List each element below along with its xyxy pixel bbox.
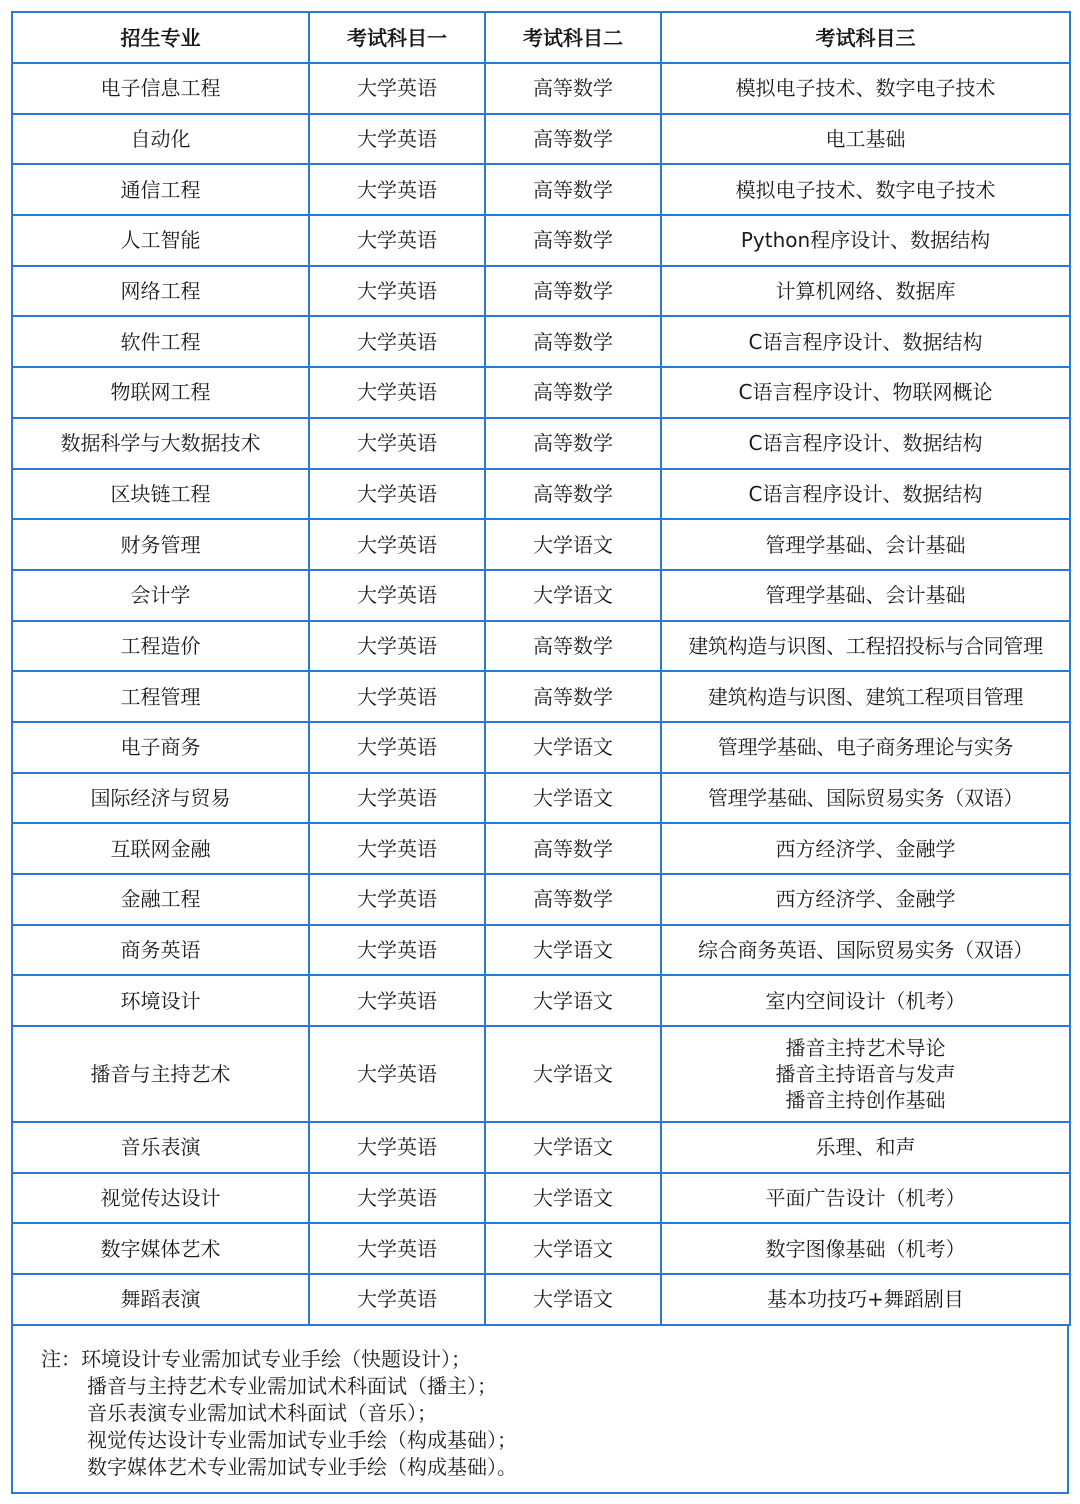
subject-1-cell: 大学英语 (309, 925, 485, 976)
subject-3-cell: 模拟电子技术、数字电子技术 (661, 63, 1070, 114)
table-row: 财务管理大学英语大学语文管理学基础、会计基础 (12, 519, 1070, 570)
header-subject-2: 考试科目二 (485, 12, 661, 63)
major-cell: 工程管理 (12, 671, 309, 722)
table-row: 视觉传达设计大学英语大学语文平面广告设计（机考） (12, 1173, 1070, 1224)
subject-1-cell: 大学英语 (309, 671, 485, 722)
major-cell: 电子信息工程 (12, 63, 309, 114)
table-row: 人工智能大学英语高等数学Python程序设计、数据结构 (12, 215, 1070, 266)
subject-3-cell: 平面广告设计（机考） (661, 1173, 1070, 1224)
major-cell: 互联网金融 (12, 823, 309, 874)
major-cell: 数字媒体艺术 (12, 1223, 309, 1274)
subject-1-cell: 大学英语 (309, 164, 485, 215)
subject-3-cell: 管理学基础、会计基础 (661, 519, 1070, 570)
subject-1-cell: 大学英语 (309, 1223, 485, 1274)
header-subject-1: 考试科目一 (309, 12, 485, 63)
subject-1-cell: 大学英语 (309, 1122, 485, 1173)
table-row: 会计学大学英语大学语文管理学基础、会计基础 (12, 570, 1070, 621)
exam-subjects-table: 招生专业 考试科目一 考试科目二 考试科目三 电子信息工程大学英语高等数学模拟电… (11, 11, 1071, 1326)
subject-3-cell: 建筑构造与识图、建筑工程项目管理 (661, 671, 1070, 722)
table-row: 商务英语大学英语大学语文综合商务英语、国际贸易实务（双语） (12, 925, 1070, 976)
note-line: 视觉传达设计专业需加试专业手绘（构成基础）； (41, 1427, 1067, 1454)
header-subject-3: 考试科目三 (661, 12, 1070, 63)
table-row: 工程管理大学英语高等数学建筑构造与识图、建筑工程项目管理 (12, 671, 1070, 722)
subject-1-cell: 大学英语 (309, 1026, 485, 1122)
subject-2-cell: 大学语文 (485, 570, 661, 621)
major-cell: 金融工程 (12, 874, 309, 925)
subject-3-cell: 建筑构造与识图、工程招投标与合同管理 (661, 621, 1070, 672)
subject-2-cell: 高等数学 (485, 114, 661, 165)
table-row: 软件工程大学英语高等数学C语言程序设计、数据结构 (12, 316, 1070, 367)
subject-1-cell: 大学英语 (309, 1274, 485, 1325)
table-row: 工程造价大学英语高等数学建筑构造与识图、工程招投标与合同管理 (12, 621, 1070, 672)
table-header-row: 招生专业 考试科目一 考试科目二 考试科目三 (12, 12, 1070, 63)
subject-2-cell: 高等数学 (485, 469, 661, 520)
subject-3-cell: 模拟电子技术、数字电子技术 (661, 164, 1070, 215)
subject-2-cell: 高等数学 (485, 266, 661, 317)
subject-1-cell: 大学英语 (309, 367, 485, 418)
subject-1-cell: 大学英语 (309, 519, 485, 570)
note-line: 音乐表演专业需加试术科面试（音乐）； (41, 1400, 1067, 1427)
subject-2-cell: 大学语文 (485, 1026, 661, 1122)
subject-1-cell: 大学英语 (309, 773, 485, 824)
note-line: 播音与主持艺术专业需加试术科面试（播主）； (41, 1373, 1067, 1400)
header-major: 招生专业 (12, 12, 309, 63)
subject-1-cell: 大学英语 (309, 469, 485, 520)
subject-2-cell: 高等数学 (485, 316, 661, 367)
subject-3-line: 播音主持艺术导论 (662, 1035, 1069, 1061)
subject-1-cell: 大学英语 (309, 1173, 485, 1224)
subject-1-cell: 大学英语 (309, 722, 485, 773)
subject-2-cell: 高等数学 (485, 874, 661, 925)
subject-1-cell: 大学英语 (309, 215, 485, 266)
subject-2-cell: 高等数学 (485, 418, 661, 469)
major-cell: 物联网工程 (12, 367, 309, 418)
table-row: 环境设计大学英语大学语文室内空间设计（机考） (12, 975, 1070, 1026)
major-cell: 会计学 (12, 570, 309, 621)
subject-3-cell: 乐理、和声 (661, 1122, 1070, 1173)
major-cell: 商务英语 (12, 925, 309, 976)
subject-2-cell: 大学语文 (485, 1173, 661, 1224)
subject-3-cell: 管理学基础、电子商务理论与实务 (661, 722, 1070, 773)
table-row: 通信工程大学英语高等数学模拟电子技术、数字电子技术 (12, 164, 1070, 215)
notes-box: 注：环境设计专业需加试专业手绘（快题设计）； 播音与主持艺术专业需加试术科面试（… (11, 1326, 1069, 1494)
major-cell: 播音与主持艺术 (12, 1026, 309, 1122)
note-line: 注：环境设计专业需加试专业手绘（快题设计）； (41, 1346, 1067, 1373)
major-cell: 视觉传达设计 (12, 1173, 309, 1224)
subject-2-cell: 大学语文 (485, 773, 661, 824)
subject-3-cell: 西方经济学、金融学 (661, 823, 1070, 874)
major-cell: 软件工程 (12, 316, 309, 367)
subject-3-cell: 西方经济学、金融学 (661, 874, 1070, 925)
subject-1-cell: 大学英语 (309, 975, 485, 1026)
major-cell: 环境设计 (12, 975, 309, 1026)
subject-3-cell: C语言程序设计、数据结构 (661, 316, 1070, 367)
subject-2-cell: 高等数学 (485, 215, 661, 266)
subject-3-cell: C语言程序设计、物联网概论 (661, 367, 1070, 418)
major-cell: 网络工程 (12, 266, 309, 317)
major-cell: 自动化 (12, 114, 309, 165)
subject-2-cell: 高等数学 (485, 671, 661, 722)
subject-2-cell: 大学语文 (485, 1122, 661, 1173)
major-cell: 财务管理 (12, 519, 309, 570)
subject-2-cell: 大学语文 (485, 1274, 661, 1325)
table-row: 舞蹈表演大学英语大学语文基本功技巧+舞蹈剧目 (12, 1274, 1070, 1325)
subject-1-cell: 大学英语 (309, 114, 485, 165)
subject-1-cell: 大学英语 (309, 266, 485, 317)
subject-1-cell: 大学英语 (309, 316, 485, 367)
table-row: 数据科学与大数据技术大学英语高等数学C语言程序设计、数据结构 (12, 418, 1070, 469)
subject-3-cell: 管理学基础、国际贸易实务（双语） (661, 773, 1070, 824)
subject-2-cell: 高等数学 (485, 164, 661, 215)
subject-3-cell: 电工基础 (661, 114, 1070, 165)
subject-3-line: 播音主持语音与发声 (662, 1061, 1069, 1087)
subject-3-cell: 综合商务英语、国际贸易实务（双语） (661, 925, 1070, 976)
major-cell: 音乐表演 (12, 1122, 309, 1173)
subject-3-cell: Python程序设计、数据结构 (661, 215, 1070, 266)
note-line: 数字媒体艺术专业需加试专业手绘（构成基础）。 (41, 1454, 1067, 1481)
subject-2-cell: 大学语文 (485, 925, 661, 976)
subject-2-cell: 高等数学 (485, 367, 661, 418)
subject-3-cell: 室内空间设计（机考） (661, 975, 1070, 1026)
subject-3-line: 播音主持创作基础 (662, 1087, 1069, 1113)
subject-2-cell: 大学语文 (485, 722, 661, 773)
exam-subjects-document: 招生专业 考试科目一 考试科目二 考试科目三 电子信息工程大学英语高等数学模拟电… (11, 11, 1069, 1494)
major-cell: 舞蹈表演 (12, 1274, 309, 1325)
subject-1-cell: 大学英语 (309, 874, 485, 925)
table-row: 金融工程大学英语高等数学西方经济学、金融学 (12, 874, 1070, 925)
subject-2-cell: 高等数学 (485, 621, 661, 672)
table-row: 音乐表演大学英语大学语文乐理、和声 (12, 1122, 1070, 1173)
subject-2-cell: 高等数学 (485, 63, 661, 114)
major-cell: 数据科学与大数据技术 (12, 418, 309, 469)
table-row: 电子商务大学英语大学语文管理学基础、电子商务理论与实务 (12, 722, 1070, 773)
subject-3-cell: 数字图像基础（机考） (661, 1223, 1070, 1274)
subject-1-cell: 大学英语 (309, 570, 485, 621)
subject-3-cell: 管理学基础、会计基础 (661, 570, 1070, 621)
table-row: 区块链工程大学英语高等数学C语言程序设计、数据结构 (12, 469, 1070, 520)
subject-1-cell: 大学英语 (309, 63, 485, 114)
major-cell: 国际经济与贸易 (12, 773, 309, 824)
major-cell: 电子商务 (12, 722, 309, 773)
table-row: 播音与主持艺术 大学英语 大学语文 播音主持艺术导论 播音主持语音与发声 播音主… (12, 1026, 1070, 1122)
major-cell: 工程造价 (12, 621, 309, 672)
subject-3-cell: 播音主持艺术导论 播音主持语音与发声 播音主持创作基础 (661, 1026, 1070, 1122)
table-row: 电子信息工程大学英语高等数学模拟电子技术、数字电子技术 (12, 63, 1070, 114)
subject-3-cell: C语言程序设计、数据结构 (661, 418, 1070, 469)
major-cell: 区块链工程 (12, 469, 309, 520)
subject-2-cell: 大学语文 (485, 519, 661, 570)
table-row: 国际经济与贸易大学英语大学语文管理学基础、国际贸易实务（双语） (12, 773, 1070, 824)
subject-1-cell: 大学英语 (309, 621, 485, 672)
major-cell: 通信工程 (12, 164, 309, 215)
subject-2-cell: 高等数学 (485, 823, 661, 874)
major-cell: 人工智能 (12, 215, 309, 266)
table-row: 自动化大学英语高等数学电工基础 (12, 114, 1070, 165)
subject-2-cell: 大学语文 (485, 975, 661, 1026)
subject-1-cell: 大学英语 (309, 418, 485, 469)
table-row: 物联网工程大学英语高等数学C语言程序设计、物联网概论 (12, 367, 1070, 418)
subject-1-cell: 大学英语 (309, 823, 485, 874)
subject-3-cell: 计算机网络、数据库 (661, 266, 1070, 317)
subject-3-cell: 基本功技巧+舞蹈剧目 (661, 1274, 1070, 1325)
table-row: 互联网金融大学英语高等数学西方经济学、金融学 (12, 823, 1070, 874)
subject-3-cell: C语言程序设计、数据结构 (661, 469, 1070, 520)
table-row: 数字媒体艺术大学英语大学语文数字图像基础（机考） (12, 1223, 1070, 1274)
subject-2-cell: 大学语文 (485, 1223, 661, 1274)
table-row: 网络工程大学英语高等数学计算机网络、数据库 (12, 266, 1070, 317)
